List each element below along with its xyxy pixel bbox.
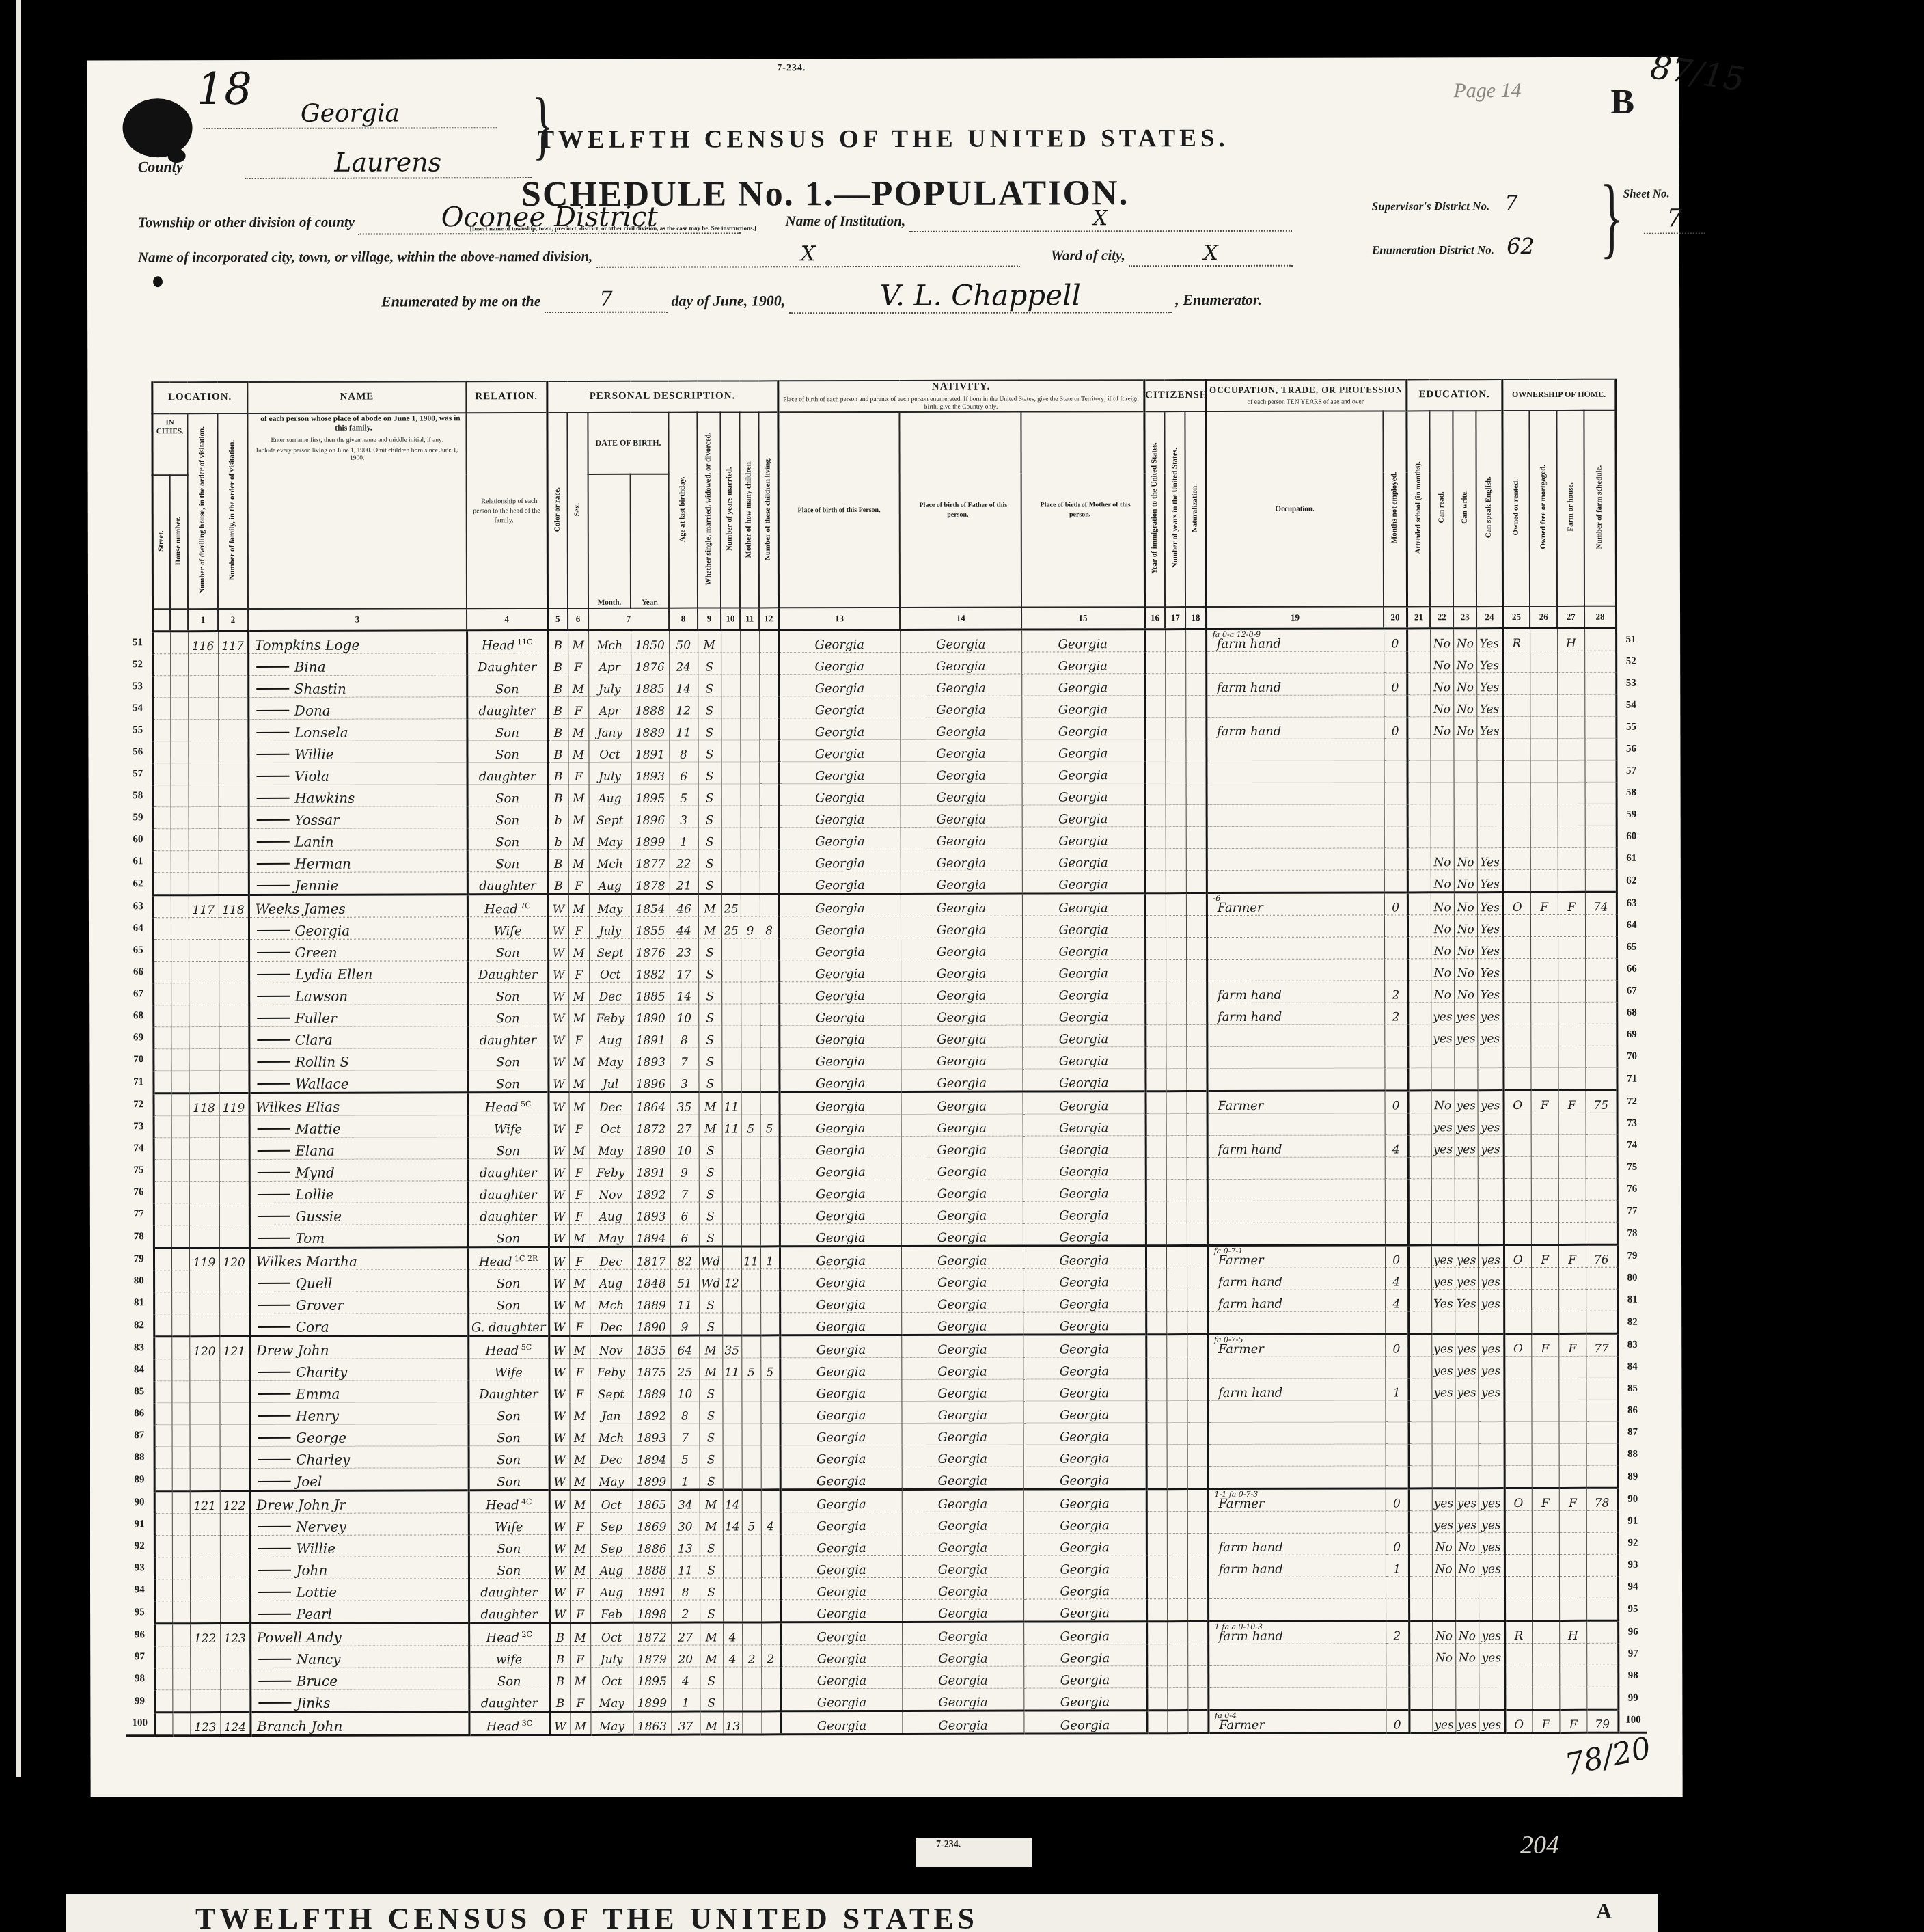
form-number: 7-234. [777,63,806,74]
cell-years-married [723,1424,742,1445]
cell-can-read: No [1431,981,1454,1003]
cell-years-in-us [1166,718,1186,739]
cell-birth-month: Apr [588,696,631,718]
row-number-left: 57 [124,763,152,785]
census-row: 58HawkinsSonBMAug18955SGeorgiaGeorgiaGeo… [124,782,1645,807]
cell-marital-status: M [699,1092,722,1115]
cell-birth-month: July [589,916,631,938]
cell-sex: F [569,1115,590,1137]
cell-mother-of-children [741,1048,760,1070]
cell-free-or-mortgaged [1530,629,1557,651]
cell-children-living [761,1711,780,1734]
cell-years-married [721,740,740,762]
census-row: 64GeorgiaWifeWFJuly185544M2598GeorgiaGeo… [124,914,1645,940]
cell-free-or-mortgaged [1530,959,1558,981]
cell-farm-schedule [1584,694,1616,716]
cell-owned-or-rented [1502,673,1530,695]
film-edge-line [16,0,21,1777]
cell-occupation: Farmer [1207,1091,1385,1114]
cell-can-read: No [1431,893,1454,915]
cell-years-in-us [1167,1512,1187,1534]
cell-age: 9 [670,1313,699,1335]
cell-years-married [721,828,741,849]
cell-years-married [721,630,740,653]
cell-can-speak-english: Yes [1477,959,1503,981]
cell-years-married [721,1070,741,1092]
cell-owned-or-rented: O [1504,1334,1531,1357]
cell-owned-or-rented [1503,959,1530,981]
cell-street [154,1579,172,1601]
cell-years-married [723,1445,742,1467]
cell-naturalization [1187,1268,1207,1290]
cell-dwelling-number [189,962,219,983]
cell-street [153,1005,171,1027]
cell-farm-or-house [1557,694,1584,716]
cell-can-read [1433,1687,1456,1710]
cell-color: W [548,1070,568,1093]
cell-house-number [172,1425,190,1447]
cell-can-speak-english: yes [1478,1113,1504,1135]
row-number-left: 96 [126,1624,154,1646]
cell-occupation: fa 0-7-5Farmer [1207,1334,1385,1357]
cell-immigration-year [1146,1290,1166,1312]
cell-months-not-employed [1386,1400,1409,1422]
cell-name: Wilkes Elias [249,1093,468,1116]
cell-birthplace: Georgia [780,1512,902,1534]
cell-father-birthplace: Georgia [902,1534,1023,1555]
cell-birthplace: Georgia [780,1048,901,1070]
cell-name: Georgia [249,917,467,940]
cell-family-number [219,1292,249,1314]
cell-can-read [1431,804,1454,826]
cell-street [154,1668,172,1690]
cell-can-speak-english: yes [1479,1511,1504,1533]
cell-house-number [170,654,188,676]
cell-sex: F [568,1026,589,1048]
cell-can-read [1432,1665,1455,1687]
row-number-left: 97 [126,1646,154,1668]
cell-relation: daughter [467,763,548,785]
cell-marital-status: S [699,1402,722,1424]
cell-attended-school [1408,1091,1431,1113]
cell-house-number [171,940,189,962]
cell-color: W [549,1292,569,1314]
cell-free-or-mortgaged [1532,1357,1559,1378]
cell-dwelling-number [189,1005,219,1027]
cell-years-married [722,1180,741,1202]
cell-name: Charley [250,1446,469,1469]
cell-color: W [549,1712,570,1735]
cell-attended-school [1407,739,1431,761]
cell-relation: Son [469,1424,549,1446]
cell-age: 9 [670,1158,699,1180]
occupation-subtitle: of each person TEN YEARS of age and over… [1207,398,1405,407]
cell-house-number [171,1403,189,1425]
cell-can-write: No [1455,1621,1479,1644]
cell-can-speak-english [1479,1400,1504,1422]
cell-street [154,1425,172,1447]
cell-occupation [1207,1223,1385,1246]
cell-name: George [250,1424,469,1447]
colnum: 19 [1206,607,1384,629]
cell-mother-of-children [741,894,760,916]
cell-occupation [1207,783,1384,805]
cell-street [154,1182,171,1203]
cell-can-write: yes [1454,1024,1477,1046]
cell-can-read: No [1431,848,1454,870]
cell-can-speak-english: yes [1477,1024,1503,1046]
cell-can-write: No [1455,1644,1479,1665]
cell-birth-month: July [588,675,631,696]
cell-birth-month: Mch [590,1291,632,1313]
cell-farm-or-house [1559,1378,1586,1400]
cell-owned-or-rented [1504,1400,1532,1422]
census-row: 78TomSonWMMay18946SGeorgiaGeorgiaGeorgia… [125,1222,1646,1248]
cell-house-number [171,1071,189,1093]
cell-owned-or-rented: O [1504,1091,1531,1113]
cell-immigration-year [1146,1268,1166,1290]
cell-owned-or-rented: R [1502,629,1530,651]
cell-attended-school [1407,937,1431,959]
cell-birth-month: Aug [590,1269,632,1291]
cell-years-in-us [1166,916,1186,938]
cell-can-read: No [1432,1533,1455,1555]
cell-relation: Head 7C [467,895,548,917]
cell-naturalization [1187,1599,1208,1622]
cell-can-speak-english: yes [1479,1533,1504,1555]
cell-free-or-mortgaged [1530,673,1557,695]
cell-age: 6 [670,1224,699,1247]
cell-children-living [760,1224,780,1247]
cell-naturalization [1187,1577,1208,1599]
cell-farm-schedule [1586,1576,1618,1598]
cell-birthplace: Georgia [781,1711,903,1734]
cell-birth-month: Aug [590,1556,633,1578]
cell-color: B [548,850,568,872]
cell-mother-birthplace: Georgia [1023,1467,1146,1489]
ditto-dash [258,1547,290,1549]
cell-birthplace: Georgia [778,696,900,718]
cell-street [153,873,171,895]
row-number-left: 90 [126,1491,154,1514]
cell-farm-schedule: 77 [1586,1333,1617,1356]
cell-naturalization [1186,718,1207,739]
cell-birth-month: Feb [590,1600,633,1622]
cell-farm-schedule [1586,1643,1618,1665]
row-number-left: 78 [125,1225,154,1248]
cell-can-write: No [1453,629,1476,651]
cell-can-speak-english: Yes [1476,651,1502,673]
cell-relation: Wife [468,1115,549,1137]
cell-naturalization [1188,1711,1209,1734]
cell-name: Henry [249,1402,468,1425]
cell-birth-year: 1899 [631,828,670,849]
cell-color: W [548,895,568,917]
cell-attended-school [1407,959,1431,981]
cell-immigration-year [1146,1688,1167,1711]
cell-birth-year: 1899 [633,1467,671,1490]
cell-free-or-mortgaged [1530,695,1557,717]
cell-house-number [172,1514,190,1536]
cell-naturalization [1187,1158,1207,1180]
cell-birthplace: Georgia [779,871,901,894]
cell-house-number [171,1337,189,1359]
cell-free-or-mortgaged [1530,937,1558,959]
col-years-in-us: Number of years in the United States. [1165,411,1186,607]
cell-street [154,1447,172,1469]
cell-can-speak-english [1479,1466,1504,1488]
col-dwelling-number: Number of dwelling house, in the order o… [187,413,218,609]
cell-attended-school [1408,1223,1431,1245]
col-pob-father: Place of birth of Father of this person. [900,412,1022,608]
cell-farm-or-house [1559,1465,1586,1488]
cell-color: W [549,1557,570,1579]
cell-house-number [171,1160,189,1182]
cell-months-not-employed [1385,1046,1408,1068]
cell-color: W [549,1137,569,1159]
col-age: Age at last birthday. [668,413,698,608]
cell-owned-or-rented: O [1504,1488,1532,1511]
cell-marital-status: S [698,960,721,982]
cell-naturalization [1187,1445,1208,1467]
cell-house-number [171,785,189,807]
cell-can-write: No [1454,981,1477,1003]
cell-free-or-mortgaged [1532,1533,1559,1555]
row-number-right: 73 [1617,1113,1646,1134]
cell-years-in-us [1166,1069,1187,1091]
cell-years-married [721,675,740,696]
cell-months-not-employed [1384,915,1407,937]
ditto-dash [258,1326,290,1327]
cell-free-or-mortgaged [1531,1311,1558,1334]
cell-attended-school [1409,1466,1432,1488]
cell-sex: F [570,1512,590,1534]
cell-farm-schedule [1586,1465,1618,1488]
census-row: 99JinksdaughterBFMay18991SGeorgiaGeorgia… [126,1687,1647,1713]
cell-can-read [1431,1157,1455,1179]
cell-name: Bruce [250,1668,469,1690]
cell-birth-month: May [589,1048,631,1070]
cell-children-living [761,1490,780,1512]
cell-birth-year: 1876 [631,938,670,960]
cell-relation: Head 3C [469,1712,549,1735]
bottom-pencil-number: 204 [1520,1830,1559,1860]
cell-birthplace: Georgia [780,1224,901,1247]
cell-mother-birthplace: Georgia [1022,1003,1145,1025]
cell-mother-birthplace: Georgia [1023,1599,1146,1622]
cell-street [153,829,171,851]
cell-street [154,1624,172,1646]
cell-farm-schedule [1585,826,1617,847]
cell-mother-of-children [741,1158,760,1180]
head-annotation: 5C [519,1343,532,1352]
cell-owned-or-rented [1503,804,1530,826]
row-number-right: 81 [1617,1289,1646,1311]
cell-months-not-employed: 2 [1384,981,1407,1003]
cell-free-or-mortgaged [1532,1511,1559,1533]
cell-mother-birthplace: Georgia [1023,1223,1146,1246]
cell-naturalization [1187,1644,1208,1666]
cell-farm-schedule [1586,1356,1618,1378]
cell-owned-or-rented [1504,1290,1531,1311]
cell-relation: Son [467,1005,548,1026]
cell-can-write: yes [1455,1135,1478,1157]
colnum-blank [170,609,188,631]
cell-free-or-mortgaged [1531,1179,1558,1201]
cell-street [154,1690,172,1713]
cell-color: W [549,1402,569,1424]
cell-street [154,1536,172,1557]
cell-children-living [760,1335,780,1358]
cell-naturalization [1186,871,1207,893]
cell-farm-or-house [1558,1178,1586,1200]
cell-father-birthplace: Georgia [901,805,1022,827]
cell-owned-or-rented [1502,695,1530,717]
cell-street [154,1403,171,1425]
cell-father-birthplace: Georgia [902,1555,1023,1577]
cell-farm-schedule: 75 [1586,1090,1617,1113]
row-number-left: 67 [124,983,153,1005]
cell-dwelling-number [188,763,218,785]
cell-free-or-mortgaged [1530,1024,1558,1046]
cell-can-read [1432,1422,1455,1444]
cell-birth-month: Mch [590,1424,633,1445]
cell-occupation: farm hand [1207,1268,1385,1290]
cell-relation: Son [469,1468,549,1491]
census-row: 81GroverSonWMMch188911SGeorgiaGeorgiaGeo… [125,1289,1646,1314]
cell-marital-status: S [700,1578,723,1600]
cell-family-number [220,1668,250,1690]
cell-house-number [171,829,189,851]
cell-color: W [549,1491,570,1513]
cell-house-number [172,1491,190,1514]
cell-name: Drew John Jr [250,1491,469,1514]
cell-years-in-us [1166,1158,1187,1180]
cell-sex: M [568,1048,589,1070]
cell-months-not-employed [1386,1687,1410,1710]
col-marital-status: Whether single, married, widowed, or div… [697,413,721,608]
cell-can-speak-english: Yes [1477,937,1503,959]
cell-family-number [220,1514,250,1536]
cell-birth-month: July [589,762,631,784]
cell-father-birthplace: Georgia [902,1512,1023,1534]
cell-immigration-year [1145,827,1166,849]
cell-birthplace: Georgia [780,1335,901,1358]
cell-can-speak-english [1478,1179,1504,1201]
cell-can-write: yes [1455,1245,1478,1268]
cell-birth-year: 1854 [631,894,670,916]
cell-birth-year: 1877 [631,849,670,871]
row-number-left: 75 [125,1160,154,1182]
cell-father-birthplace: Georgia [901,827,1022,849]
cell-children-living [760,1026,779,1048]
cell-years-married: 11 [722,1092,741,1115]
cell-mother-birthplace: Georgia [1022,960,1145,981]
colnum: 14 [900,608,1021,630]
cell-can-write: yes [1455,1113,1478,1135]
cell-birth-year: 1869 [633,1512,671,1534]
cell-family-number [220,1469,250,1491]
cell-attended-school [1407,804,1431,826]
census-row: 52BinaDaughterBFApr187624SGeorgiaGeorgia… [124,651,1645,676]
cell-naturalization [1186,783,1207,805]
cell-children-living [760,871,779,894]
cell-farm-schedule [1586,1200,1617,1222]
cell-occupation [1207,870,1384,893]
cell-mother-birthplace: Georgia [1021,629,1144,652]
cell-naturalization [1187,1180,1207,1201]
cell-name: Lanin [249,828,467,851]
cell-can-write [1455,1444,1479,1466]
ditto-dash [256,775,289,776]
cell-birth-year: 1889 [631,718,669,740]
cell-months-not-employed: 0 [1386,1488,1409,1511]
cell-street [154,1557,172,1579]
cell-mother-of-children [741,982,760,1004]
cell-color: B [549,1646,570,1668]
cell-can-speak-english [1477,783,1503,804]
cell-mother-of-children [741,1202,760,1224]
cell-can-write: No [1453,695,1476,717]
cell-sex: M [568,741,588,763]
cell-can-write: yes [1456,1710,1479,1733]
column-group-relation: RELATION. [466,381,547,413]
cell-free-or-mortgaged [1530,783,1558,804]
cell-owned-or-rented [1504,1466,1532,1488]
cell-relation: Head 5C [468,1336,549,1359]
cell-relation: Son [469,1668,549,1689]
cell-children-living [760,982,779,1004]
cell-house-number [171,962,189,983]
row-number-right: 89 [1618,1465,1647,1488]
cell-street [154,1292,171,1314]
cell-marital-status: S [700,1556,723,1578]
cell-birthplace: Georgia [780,1313,901,1335]
name-column-description: of each person whose place of abode on J… [247,413,467,609]
colnum: 6 [568,608,588,631]
cell-attended-school [1407,870,1431,893]
cell-birth-year: 1876 [631,653,669,675]
cell-children-living [761,1445,780,1467]
cell-children-living [760,849,779,871]
cell-color: B [547,719,568,741]
cell-birth-month: Mch [589,849,631,871]
occupation-annotation: fa 0-7-5 [1214,1335,1243,1344]
cell-mother-birthplace: Georgia [1023,1047,1146,1069]
cell-owned-or-rented [1502,651,1530,673]
head-annotation: 2C [519,1630,532,1639]
cell-mother-birthplace: Georgia [1022,739,1145,761]
enumerator-signature: V. L. Chappell [789,278,1172,314]
cell-farm-or-house: F [1559,1488,1586,1510]
row-number-left: 60 [124,829,153,851]
row-number-right: 62 [1617,869,1645,892]
cell-children-living: 5 [760,1358,780,1380]
cell-years-married [721,982,741,1004]
cell-immigration-year [1145,981,1166,1003]
cell-name: Hawkins [249,785,467,807]
cell-age: 50 [669,630,698,653]
cell-can-write [1455,1665,1479,1687]
cell-farm-or-house [1558,716,1585,738]
col-birth-year: Year. [631,474,669,608]
cell-name: Lydia Ellen [249,961,467,983]
cell-family-number [220,1646,250,1668]
cell-relation: Son [468,1292,549,1314]
cell-months-not-employed [1385,1311,1408,1334]
cell-birth-year: 1891 [632,1158,670,1180]
cell-naturalization [1187,1290,1207,1312]
